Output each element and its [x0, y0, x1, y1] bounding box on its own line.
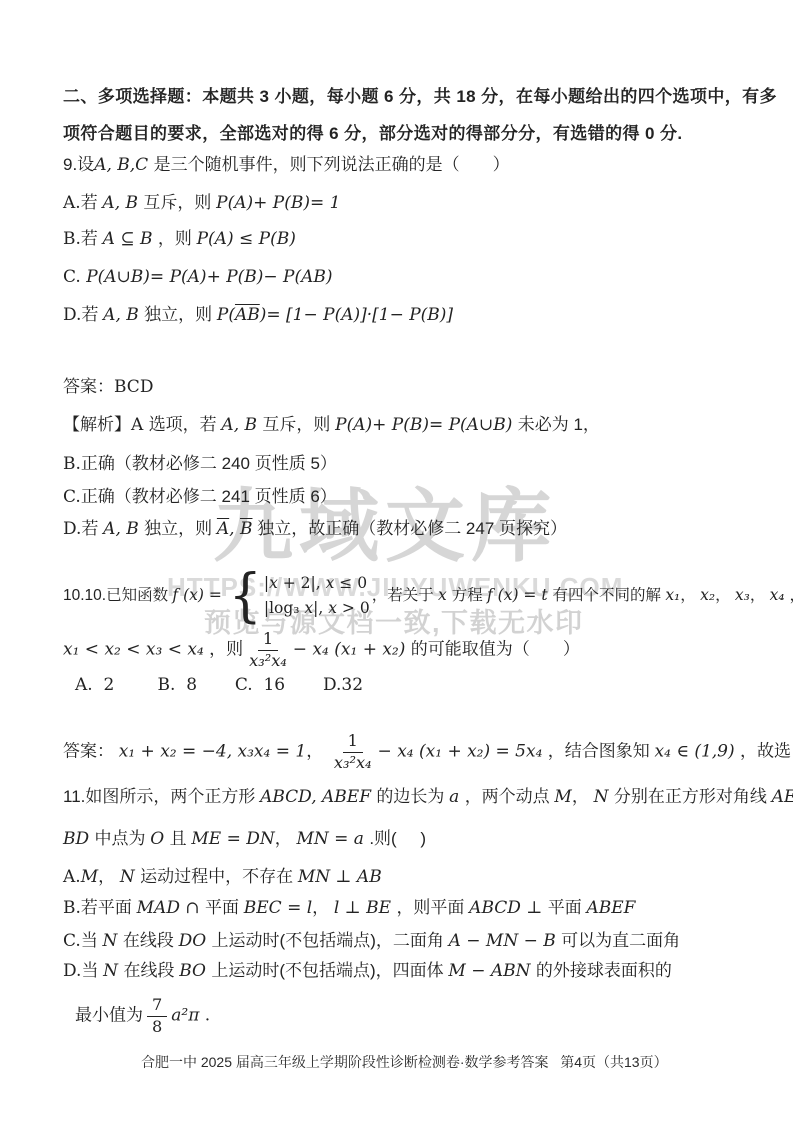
- text-run: ，: [715, 587, 735, 604]
- math-run: N: [103, 931, 123, 951]
- math-run: O: [150, 829, 169, 849]
- math-run: x: [328, 599, 342, 617]
- math-run: x: [304, 599, 313, 617]
- math-run: A, B,C: [94, 155, 153, 175]
- text-run: 的可能取值为（ ）: [411, 640, 580, 659]
- q11-stem-line-1: 11.如图所示，两个正方形 ABCD, ABEF 的边长为 a ，两个动点 M，…: [63, 786, 793, 808]
- overlined-math: AB: [235, 305, 260, 325]
- text-run: ，: [275, 829, 297, 848]
- math-run: x₃: [735, 586, 750, 604]
- q9-option-a: A.若 A, B 互斥，则 P(A)+ P(B)= 1: [63, 192, 340, 214]
- text-run: 有四个不同的解: [553, 587, 666, 604]
- text-run: 中点为: [95, 829, 151, 848]
- math-run: x₁ < x₂ < x₃ < x₄: [63, 640, 209, 660]
- text-run: 独立，故正确（教材必修二 247 页探究）: [252, 519, 567, 538]
- math-run: |,: [313, 599, 328, 617]
- text-run: ，: [750, 587, 770, 604]
- math-run: x: [326, 574, 340, 592]
- text-run: 未必为 1，: [518, 415, 600, 434]
- text-run: 【解析】: [63, 415, 131, 434]
- text-run: ，故选：: [740, 742, 793, 761]
- text-run: 的边长为: [376, 787, 449, 806]
- math-run: B.: [63, 229, 81, 249]
- q10-stem-line-1: 10.10.已知函数 f (x) = {|x + 2|, x ≤ 0|log₃ …: [63, 570, 793, 622]
- math-run: ME = DN: [191, 829, 274, 849]
- math-run: D.: [63, 961, 81, 981]
- math-run: A. 2 B. 8 C. 16 D.32: [75, 675, 363, 695]
- text-run: 若: [81, 305, 103, 324]
- math-run: MAD: [137, 898, 186, 918]
- math-run: MN = a: [296, 829, 369, 849]
- math-run: a²π: [171, 1006, 199, 1026]
- math-run: P(A∪B)= P(A)+ P(B)− P(AB): [86, 267, 332, 287]
- text-run: 独立，则: [144, 305, 217, 324]
- math-run: A: [131, 415, 149, 435]
- text-run: 上运动时(不包括端点)，二面角: [212, 931, 449, 950]
- q9-stem: 9.设A, B,C 是三个随机事件，则下列说法正确的是（ ）: [63, 154, 510, 176]
- text-run: ，两个动点: [465, 787, 555, 806]
- math-run: A, B: [103, 305, 144, 325]
- math-run: l ⊥ BE: [334, 898, 397, 918]
- math-run: ABCD, ABEF: [260, 787, 376, 807]
- math-run: 1: [348, 731, 358, 750]
- math-run: P(A)+ P(B)= P(A∪B): [335, 415, 518, 435]
- text-run: 的外接球表面积的: [536, 961, 672, 980]
- math-run: 7: [152, 995, 162, 1014]
- text-run: 若: [81, 229, 103, 248]
- text-run: ，: [572, 787, 594, 806]
- math-run: B.: [63, 898, 81, 918]
- text-run: ，则平面: [396, 898, 469, 917]
- q11-option-a: A.M， N 运动过程中，不存在 MN ⊥ AB: [63, 866, 382, 888]
- q9-analysis: 【解析】A 选项，若 A, B 互斥，则 P(A)+ P(B)= P(A∪B) …: [63, 414, 600, 436]
- math-run: N: [103, 961, 123, 981]
- math-run: 1: [263, 629, 273, 648]
- math-run: a: [449, 787, 465, 807]
- math-run: > 0: [342, 599, 370, 617]
- text-run: 且: [170, 829, 192, 848]
- text-run: 平面: [548, 898, 587, 917]
- q9-answer: 答案：BCD: [63, 376, 153, 398]
- math-run: D.: [63, 305, 81, 325]
- math-run: D.: [63, 519, 81, 539]
- text-run: 答案：: [63, 742, 119, 761]
- math-run: MN ⊥ AB: [298, 867, 382, 887]
- case-row: |x + 2|, x ≤ 0: [264, 574, 370, 593]
- q11-option-d-line-2: 最小值为78a²π .: [75, 996, 210, 1036]
- fraction: 1x₃²x₄: [247, 630, 289, 670]
- q11-option-b: B.若平面 MAD ∩ 平面 BEC = l， l ⊥ BE ，则平面 ABCD…: [63, 897, 635, 919]
- math-run: x₃²x₄: [334, 753, 372, 772]
- case-row: |log₃ x|, x > 0: [264, 599, 370, 618]
- text-run: 方程: [452, 587, 487, 604]
- text-run: ，: [680, 587, 700, 604]
- text-run: ，: [306, 742, 328, 761]
- text-run: 11.如图所示，两个正方形: [63, 787, 260, 806]
- text-run: ，且: [790, 587, 793, 604]
- math-run: C.: [63, 931, 81, 951]
- text-run: 正确（教材必修二 241 页性质 6）: [81, 487, 337, 506]
- q10-stem-line-2: x₁ < x₂ < x₃ < x₄ ，则1x₃²x₄− x₄ (x₁ + x₂)…: [63, 630, 580, 670]
- page-footer: 合肥一中 2025 届高三年级上学期阶段性诊断检测卷·数学参考答案 第4页（共1…: [0, 1036, 793, 1088]
- text-run: 若平面: [81, 898, 137, 917]
- text-run: 在线段: [123, 931, 179, 950]
- q11-option-d: D.当 N 在线段 BO 上运动时(不包括端点)，四面体 M − ABN 的外接…: [63, 960, 672, 982]
- q10-options: A. 2 B. 8 C. 16 D.32: [75, 674, 363, 696]
- text-run: 互斥，则: [262, 415, 335, 434]
- math-run: M: [554, 787, 571, 807]
- text-run: 独立，则: [144, 519, 217, 538]
- math-run: |log₃: [264, 599, 305, 617]
- math-run: ⊥: [526, 898, 547, 918]
- text-run: ，则: [209, 640, 243, 659]
- text-run: 平面: [205, 898, 244, 917]
- math-run: ≤ 0: [339, 574, 367, 592]
- math-run: ABCD: [469, 898, 526, 918]
- math-run: 8: [152, 1017, 162, 1036]
- math-run: − x₄ (x₁ + x₂): [293, 640, 411, 660]
- math-run: x: [438, 586, 452, 604]
- text-run: ，: [312, 898, 334, 917]
- q11-option-c: C.当 N 在线段 DO 上运动时(不包括端点)，二面角 A − MN − B …: [63, 930, 680, 952]
- math-run: + 2|,: [283, 574, 326, 592]
- math-run: P(A) ≤ P(B): [197, 229, 296, 249]
- math-run: x₁: [665, 586, 680, 604]
- math-run: P(A)+ P(B)= 1: [216, 193, 340, 213]
- text-run: .则( ): [369, 829, 426, 848]
- text-run: 选项，若: [149, 415, 222, 434]
- footer-text: 合肥一中 2025 届高三年级上学期阶段性诊断检测卷·数学参考答案 第4页（共1…: [141, 1054, 668, 1070]
- math-run: A.: [63, 867, 81, 887]
- math-run: C.: [63, 267, 86, 287]
- text-run: ，: [98, 867, 120, 886]
- math-run: x₄: [770, 586, 790, 604]
- text-run: 答案：: [63, 377, 114, 396]
- text-run: 在线段: [123, 961, 179, 980]
- text-run: 当: [81, 961, 103, 980]
- q9-option-b: B.若 A ⊆ B ，则 P(A) ≤ P(B): [63, 228, 296, 250]
- q9-option-c: C. P(A∪B)= P(A)+ P(B)− P(AB): [63, 266, 333, 288]
- q9-analysis-d: D.若 A, B 独立，则 A, B 独立，故正确（教材必修二 247 页探究）: [63, 518, 567, 540]
- math-run: BD: [63, 829, 95, 849]
- math-run: A.: [63, 193, 81, 213]
- text-run: ，若关于: [372, 587, 438, 604]
- overlined-math: A: [217, 519, 229, 539]
- text-run: 最小值为: [75, 1006, 143, 1025]
- math-run: DO: [179, 931, 212, 951]
- text-run: 二、多项选择题：本题共 3 小题，每小题 6 分，共 18 分，在每小题给出的四…: [63, 87, 777, 106]
- math-run: AE: [772, 787, 793, 807]
- piecewise-cases: {|x + 2|, x ≤ 0|log₃ x|, x > 0: [229, 570, 370, 622]
- text-run: 正确（教材必修二 240 页性质 5）: [81, 454, 337, 473]
- math-run: BCD: [114, 377, 153, 397]
- math-run: A − MN − B: [449, 931, 562, 951]
- text-run: 当: [81, 931, 103, 950]
- math-run: M: [81, 867, 98, 887]
- math-run: A ⊆ B: [103, 229, 158, 249]
- text-run: 互斥，则: [143, 193, 216, 212]
- math-run: )= [1− P(A)]·[1− P(B)]: [260, 305, 453, 325]
- text-run: 运动过程中，不存在: [140, 867, 298, 886]
- math-run: N: [594, 787, 614, 807]
- math-run: A, B: [103, 519, 144, 539]
- text-run: 上运动时(不包括端点)，四面体: [211, 961, 448, 980]
- exam-answer-page: 九域文库 HTTPS://WWW.JIUYUWENKU.COM 预览与源文档一致…: [0, 0, 793, 1122]
- math-run: M − ABN: [448, 961, 536, 981]
- q9-option-d: D.若 A, B 独立，则 P(AB)= [1− P(A)]·[1− P(B)]: [63, 304, 453, 326]
- math-run: A, B: [102, 193, 143, 213]
- math-run: N: [120, 867, 140, 887]
- q11-stem-line-2: BD 中点为 O 且 ME = DN， MN = a .则( ): [63, 828, 426, 850]
- math-run: BO: [179, 961, 211, 981]
- math-run: A, B: [221, 415, 262, 435]
- q9-analysis-c: C.正确（教材必修二 241 页性质 6）: [63, 486, 337, 508]
- text-run: 若: [81, 519, 103, 538]
- math-run: P(: [217, 305, 235, 325]
- math-run: .: [199, 1006, 210, 1026]
- text-run: 9.设: [63, 155, 94, 174]
- text-run: ，则: [158, 229, 197, 248]
- fraction: 1x₃²x₄: [332, 732, 374, 772]
- text-run: ，结合图象知: [548, 742, 655, 761]
- math-run: x₃²x₄: [249, 651, 287, 670]
- text-run: 是三个随机事件，则下列说法正确的是（ ）: [154, 155, 510, 174]
- math-run: BEC = l: [244, 898, 312, 918]
- math-run: x₄ ∈ (1,9): [655, 742, 741, 762]
- math-run: ,: [229, 519, 240, 539]
- q10-answer: 答案： x₁ + x₂ = −4, x₃x₄ = 1， 1x₃²x₄− x₄ (…: [63, 732, 793, 772]
- math-run: x₂: [700, 586, 715, 604]
- text-run: 项符合题目的要求，全部选对的得 6 分，部分选对的得部分分，有选错的得 0 分.: [63, 124, 683, 143]
- math-run: ∩: [185, 898, 205, 918]
- section-heading-line-2: 项符合题目的要求，全部选对的得 6 分，部分选对的得部分分，有选错的得 0 分.: [63, 123, 683, 144]
- math-run: f (x) =: [172, 586, 226, 604]
- content-lines: 二、多项选择题：本题共 3 小题，每小题 6 分，共 18 分，在每小题给出的四…: [0, 0, 793, 1122]
- math-run: x: [269, 574, 283, 592]
- text-run: 可以为直二面角: [561, 931, 680, 950]
- left-brace-glyph: {: [229, 567, 262, 625]
- math-run: f (x) = t: [487, 586, 553, 604]
- math-run: C.: [63, 487, 81, 507]
- q9-analysis-b: B.正确（教材必修二 240 页性质 5）: [63, 453, 337, 475]
- math-run: ABEF: [586, 898, 635, 918]
- math-run: x₁ + x₂ = −4, x₃x₄ = 1: [119, 742, 306, 762]
- text-run: 若: [81, 193, 103, 212]
- math-run: B.: [63, 454, 81, 474]
- overlined-math: B: [240, 519, 253, 539]
- fraction: 78: [147, 996, 167, 1036]
- text-run: 分别在正方形对角线: [614, 787, 772, 806]
- section-heading-line-1: 二、多项选择题：本题共 3 小题，每小题 6 分，共 18 分，在每小题给出的四…: [63, 86, 777, 107]
- math-run: − x₄ (x₁ + x₂) = 5x₄: [378, 742, 548, 762]
- text-run: 10.10.已知函数: [63, 587, 172, 604]
